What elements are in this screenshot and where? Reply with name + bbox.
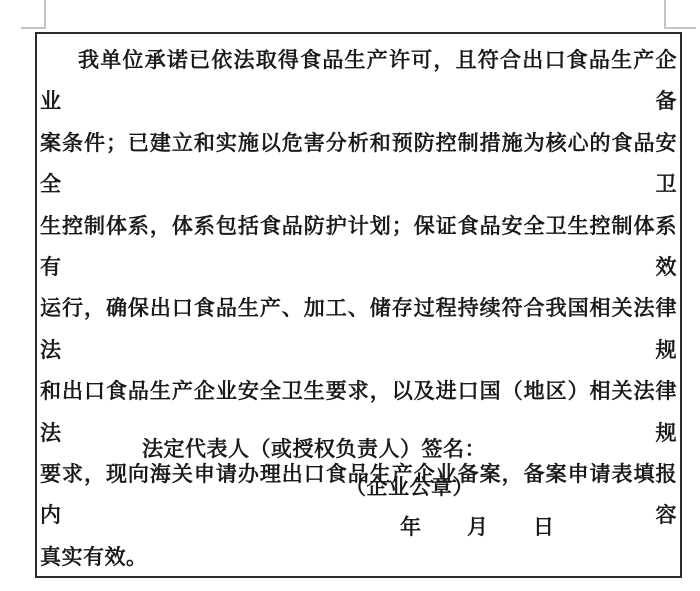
date-year-label: 年 bbox=[400, 516, 422, 540]
declaration-box: 我单位承诺已依法取得食品生产许可，且符合出口食品生产企业备 案条件；已建立和实施… bbox=[35, 32, 682, 578]
paragraph-line-4: 运行，确保出口食品生产、加工、储存过程持续符合我国相关法律法规 bbox=[40, 288, 677, 371]
document-page: 我单位承诺已依法取得食品生产许可，且符合出口食品生产企业备 案条件；已建立和实施… bbox=[0, 0, 700, 591]
table-gridline-fragment-left-horizontal bbox=[21, 27, 46, 29]
table-gridline-fragment-left-vertical bbox=[44, 0, 46, 28]
paragraph-line-3: 生控制体系，体系包括食品防护计划；保证食品安全卫生控制体系有效 bbox=[40, 206, 677, 289]
paragraph-line-2: 案条件；已建立和实施以危害分析和预防控制措施为核心的食品安全卫 bbox=[40, 123, 677, 206]
signer-signature-label: 法定代表人（或授权负责人）签名： bbox=[142, 438, 486, 462]
table-gridline-fragment-right-vertical bbox=[664, 0, 666, 28]
date-day-label: 日 bbox=[533, 516, 555, 540]
table-gridline-fragment-right-horizontal bbox=[664, 27, 696, 29]
date-month-label: 月 bbox=[467, 516, 489, 540]
paragraph-line-1: 我单位承诺已依法取得食品生产许可，且符合出口食品生产企业备 bbox=[40, 40, 677, 123]
company-seal-label: （企业公章） bbox=[345, 476, 474, 500]
paragraph-line-7: 真实有效。 bbox=[40, 537, 677, 578]
